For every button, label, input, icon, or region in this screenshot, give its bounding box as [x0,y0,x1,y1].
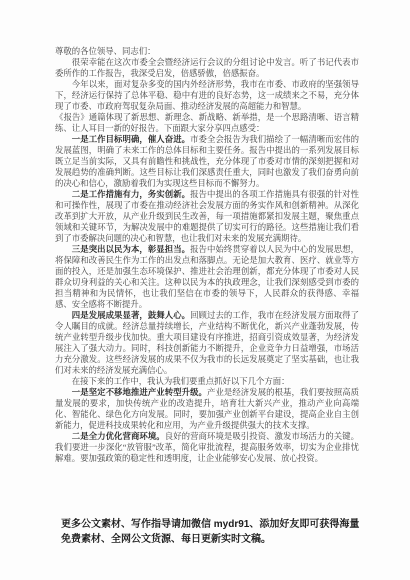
paragraph: 今年以来，面对复杂多变的国内外经济形势，我市在市委、市政府的坚强领导下，经济运行… [55,79,359,112]
paragraph-text: 很荣幸能在这次市委全会暨经济运行会议的分组讨论中发言。听了书记代表市委所作的工作… [55,58,359,78]
document-page: 尊敬的各位领导、同志们：很荣幸能在这次市委全会暨经济运行会议的分组讨论中发言。听… [0,0,410,580]
paragraph-text: 在接下来的工作中，我认为我们要重点抓好以下几个方面： [72,377,290,386]
footer-promo-line: 免费素材、全网公文货源、每日更新实时文稿。 [61,533,361,548]
paragraph-lead: 一是坚定不移地推进产业转型升级。 [72,388,207,397]
paragraph: 一是坚定不移地推进产业转型升级。产业是经济发展的根基，我们要按照高质量发展的要求… [55,387,359,431]
paragraph-lead: 三是突出以民为本，彰显担当。 [72,245,190,254]
paragraph: 三是突出以民为本，彰显担当。报告中始终贯穿着以人民为中心的发展思想，将保障和改善… [55,244,359,310]
paragraph: 尊敬的各位领导、同志们： [55,46,359,57]
paragraph-text: 报告中始终贯穿着以人民为中心的发展思想，将保障和改善民生作为工作的出发点和落脚点… [55,245,359,309]
paragraph: 很荣幸能在这次市委全会暨经济运行会议的分组讨论中发言。听了书记代表市委所作的工作… [55,57,359,79]
paragraph: 四是发展成果显著，鼓舞人心。回顾过去的工作，我市在经济发展方面取得了令人瞩目的成… [55,310,359,376]
footer-promo: 更多公文素材、写作指导请加微信 mydr91、添加好友即可获得海量免费素材、全网… [61,518,361,547]
paragraph-lead: 一是工作目标明确，催人奋进。 [72,135,190,144]
paragraph-text: 尊敬的各位领导、同志们： [55,47,156,56]
paragraph-text: 今年以来，面对复杂多变的国内外经济形势，我市在市委、市政府的坚强领导下，经济运行… [55,80,359,111]
paragraph: 一是工作目标明确，催人奋进。市委全会报告为我们描绘了一幅清晰而宏伟的发展蓝图，明… [55,134,359,189]
paragraph-lead: 四是发展成果显著，鼓舞人心。 [72,311,190,320]
document-body: 尊敬的各位领导、同志们：很荣幸能在这次市委全会暨经济运行会议的分组讨论中发言。听… [55,46,359,464]
paragraph-text: 《报告》通篇体现了新思想、新理念、新战略、新举措，是一个思路清晰、语言精练、让人… [55,113,359,133]
paragraph: 二是工作措施有力，务实创新。报告中提出的各项工作措施具有很强的针对性和可操作性，… [55,189,359,244]
paragraph: 二是全力优化营商环境。良好的营商环境是吸引投资、激发市场活力的关键。我们要进一步… [55,431,359,464]
paragraph-lead: 二是全力优化营商环境。 [72,432,165,441]
paragraph: 在接下来的工作中，我认为我们要重点抓好以下几个方面： [55,376,359,387]
paragraph: 《报告》通篇体现了新思想、新理念、新战略、新举措，是一个思路清晰、语言精练、让人… [55,112,359,134]
paragraph-text: 回顾过去的工作，我市在经济发展方面取得了令人瞩目的成就。经济总量持续增长，产业结… [55,311,359,375]
footer-promo-line: 更多公文素材、写作指导请加微信 mydr91、添加好友即可获得海量 [61,518,361,533]
paragraph-lead: 二是工作措施有力，务实创新。 [72,190,190,199]
